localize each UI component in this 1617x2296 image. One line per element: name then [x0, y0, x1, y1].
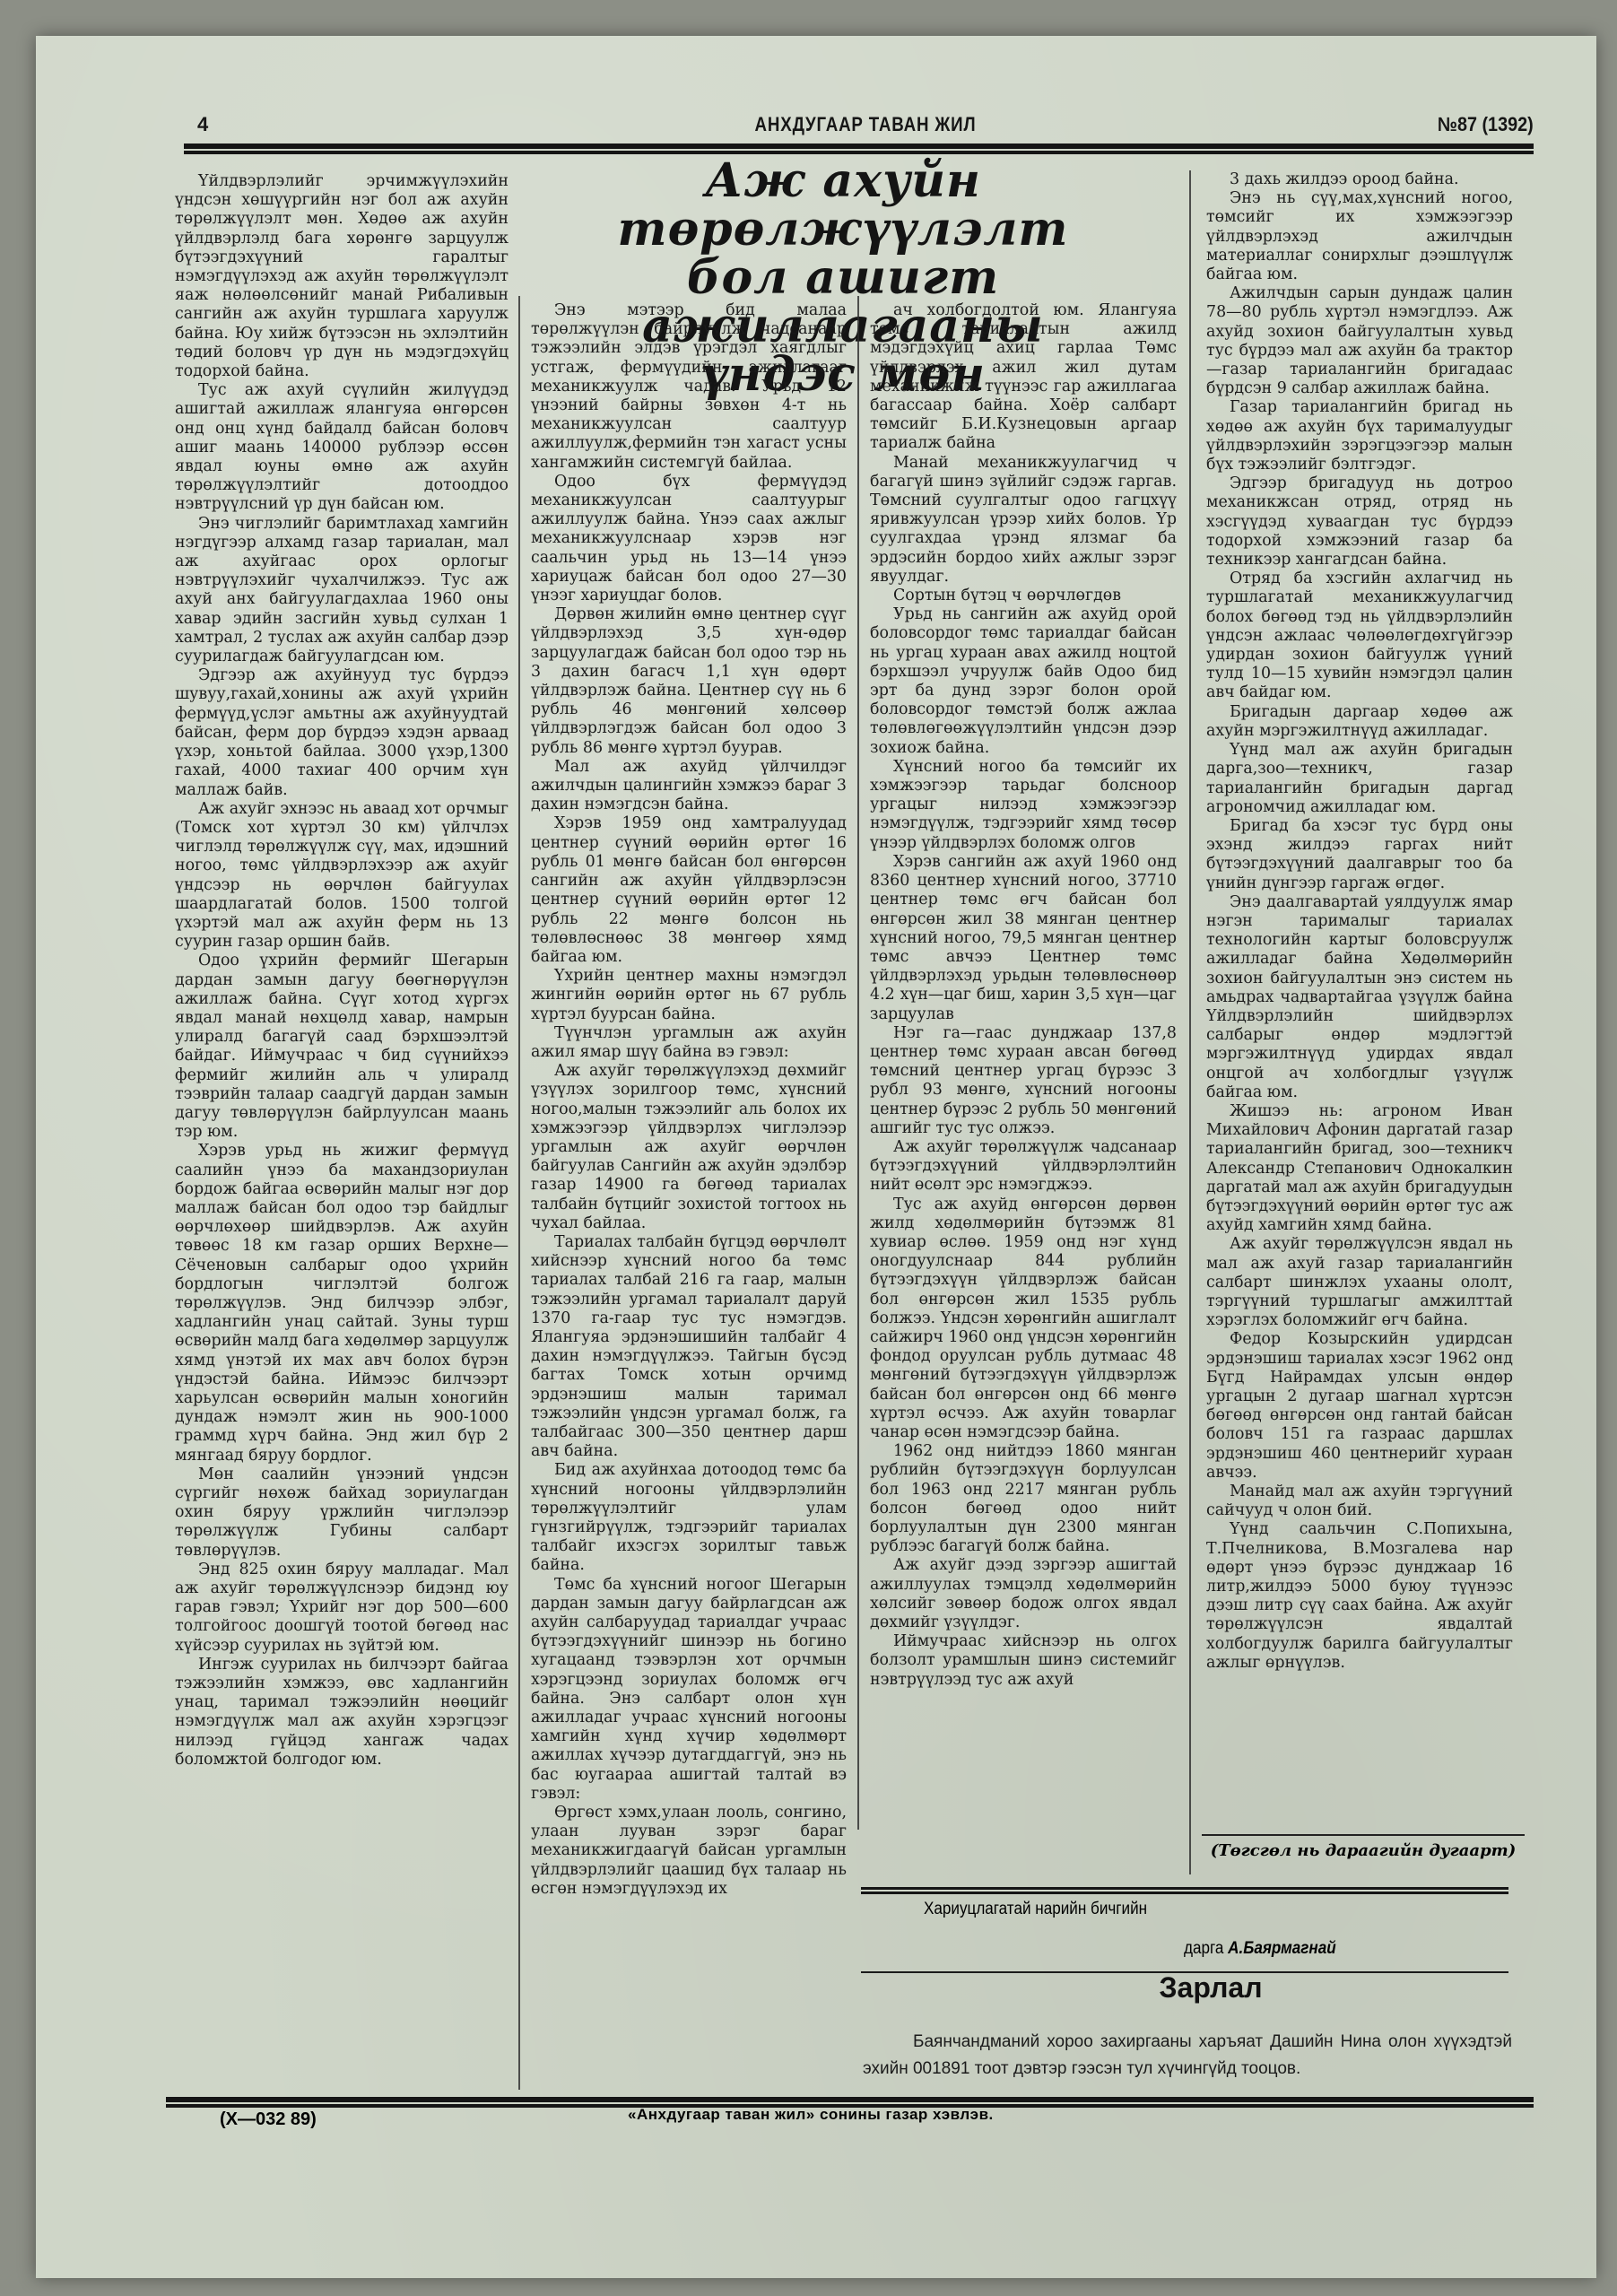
article-paragraph: Аж ахуйг төрөлжүүлсэн явдал нь мал аж ах…	[1206, 1235, 1513, 1330]
article-paragraph: Энэ даалгавартай уялдуулж ямар нэгэн тар…	[1206, 893, 1513, 1102]
editor-name: А.Баярмагнай	[1228, 1939, 1336, 1958]
article-paragraph: Үүнд саальчин С.Попихына, Т.Пчелникова, …	[1206, 1520, 1513, 1673]
article-paragraph: Манайд мал аж ахуйн тэргүүний сайчууд ч …	[1206, 1483, 1513, 1520]
article-paragraph: Төмс ба хүнсний ногоог Шегарын дардан за…	[531, 1576, 847, 1804]
headline-line-1: Аж ахуйн төрөлжүүлэлт	[520, 157, 1166, 254]
newspaper-title: АНХДУГААР ТАВАН ЖИЛ	[298, 113, 1434, 136]
article-paragraph: Мөн саалийн үнээний үндсэн сүргийг нөхөж…	[175, 1465, 509, 1561]
article-column-1: Үйлдвэрлэлийг эрчимжүүлэхийн үндсэн хөшү…	[175, 172, 509, 2092]
article-column-4: 3 дахь жилдээ ороод байна.Энэ нь сүү,мах…	[1206, 170, 1513, 1839]
column-divider	[1189, 170, 1191, 1874]
article-paragraph: Энэ нь сүү,мах,хүнсний ногоо, төмсийг их…	[1206, 189, 1513, 284]
article-paragraph: Үйлдвэрлэлийг эрчимжүүлэхийн үндсэн хөшү…	[175, 172, 509, 381]
article-paragraph: Тариалах талбайн бүгцэд өөрчлөлт хийснээ…	[531, 1233, 847, 1461]
announcement-text: Баянчандманий хороо захиргааны харъяат Д…	[863, 2029, 1512, 2083]
article-paragraph: Өргөст хэмх,улаан лооль, сонгино, улаан …	[531, 1804, 847, 1899]
article-paragraph: Одоо үхрийн фермийг Шегарын дардан замын…	[175, 952, 509, 1142]
announcement-title: Зарлал	[861, 1971, 1560, 2005]
article-paragraph: Отряд ба хэсгийн ахлагчид нь туршлагатай…	[1206, 570, 1513, 702]
article-paragraph: Аж ахуйг эхнээс нь аваад хот орчмыг (Том…	[175, 800, 509, 952]
article-paragraph: Хэрэв сангийн аж ахуй 1960 онд 8360 цент…	[870, 853, 1177, 1024]
article-paragraph: Аж ахуйг төрөлжүүлэхэд дөхмийг үзүүлэх з…	[531, 1062, 847, 1233]
article-paragraph: Урьд нь сангийн аж ахуйд орой боловсордо…	[870, 605, 1177, 758]
article-column-2: Энэ мэтээр бид малаа төрөлжүүлэн байрлуу…	[531, 301, 847, 2095]
article-paragraph: Үүнд мал аж ахуйн бригадын дарга,зоо—тех…	[1206, 741, 1513, 817]
article-paragraph: Энэ мэтээр бид малаа төрөлжүүлэн байрлуу…	[531, 301, 847, 473]
article-paragraph: Бид аж ахуйнхаа дотоодод төмс ба хүнсний…	[531, 1461, 847, 1575]
printer-line: «Анхдугаар таван жил» сонины газар хэвлэ…	[628, 2106, 994, 2124]
continuation-note: (Төгсгөл нь дараагийн дугаарт)	[1202, 1834, 1525, 1860]
article-paragraph: Федор Козырскийн удирдсан эрдэнэшиш тари…	[1206, 1330, 1513, 1483]
article-paragraph: Ингэж суурилах нь билчээрт байгаа тэжээл…	[175, 1656, 509, 1770]
footer-rule	[166, 2097, 1534, 2104]
article-paragraph: 3 дахь жилдээ ороод байна.	[1206, 170, 1513, 189]
article-paragraph: Аж ахуйг дээд зэргээр ашигтай ажиллуулах…	[870, 1556, 1177, 1632]
article-paragraph: Иймучраас хийснээр нь олгох болзолт урам…	[870, 1632, 1177, 1690]
article-paragraph: Хэрэв 1959 онд хамтралуудад центнер сүүн…	[531, 814, 847, 967]
article-paragraph: Хэрэв урьд нь жижиг фермүүд саалийн үнээ…	[175, 1142, 509, 1465]
section-rule	[861, 1887, 1508, 1892]
article-paragraph: Жишээ нь: агроном Иван Михайлович Афонин…	[1206, 1102, 1513, 1235]
article-paragraph: Бригадын даргаар хөдөө аж ахуйн мэргэжил…	[1206, 703, 1513, 741]
article-column-3: ач холбогдолтой юм. Ялангуяа төмс тариал…	[870, 301, 1177, 1826]
article-paragraph: Мал аж ахуйд үйлчилдэг ажилчдын цалингий…	[531, 758, 847, 815]
article-paragraph: Дөрвөн жилийн өмнө центнер сүүг үйлдвэрл…	[531, 605, 847, 758]
article-paragraph: Манай механикжуулагчид ч багагүй шинэ зү…	[870, 454, 1177, 587]
column-divider	[518, 296, 520, 2090]
article-paragraph: Газар тариалангийн бригад нь хөдөө аж ах…	[1206, 398, 1513, 474]
masthead-rule	[184, 143, 1534, 151]
article-paragraph: Үхрийн центнер махны нэмэгдэл жингийн өө…	[531, 967, 847, 1024]
article-paragraph: Одоо бүх фермүүдэд механикжуулсан саалту…	[531, 473, 847, 605]
article-paragraph: Тус аж ахуй сүүлийн жилүүдэд ашигтай ажи…	[175, 381, 509, 514]
column-divider	[857, 296, 859, 1830]
article-paragraph: Бригад ба хэсэг тус бүрд оны эхэнд жилдэ…	[1206, 817, 1513, 893]
article-paragraph: Эдгээр бригадууд нь дотроо механикжсан о…	[1206, 474, 1513, 570]
article-paragraph: Эдгээр аж ахуйнууд тус бүрдээ шувуу,гаха…	[175, 666, 509, 799]
article-paragraph: Ажилчдын сарын дундаж цалин 78—80 рубль …	[1206, 284, 1513, 398]
editor-credit-line-2: дарга А.Баярмагнай	[1184, 1939, 1336, 1959]
article-paragraph: Нэг га—гаас дунджаар 137,8 центнер төмс …	[870, 1024, 1177, 1138]
article-paragraph: Түүнчлэн ургамлын аж ахуйн ажил ямар шүү…	[531, 1024, 847, 1062]
article-paragraph: Хүнсний ногоо ба төмсийг их хэмжээгээр т…	[870, 758, 1177, 853]
footer-code: (Х—032 89)	[220, 2109, 317, 2130]
article-paragraph: Аж ахуйг төрөлжүүлж чадсанаар бүтээгдэхү…	[870, 1138, 1177, 1196]
page-number: 4	[197, 113, 208, 136]
editor-credit-line-1: Хариуцлагатай нарийн бичгийн	[924, 1900, 1147, 1919]
article-paragraph: ач холбогдолтой юм. Ялангуяа төмс тариал…	[870, 301, 1177, 454]
article-paragraph: Тус аж ахуйд өнгөрсөн дөрвөн жилд хөдөлм…	[870, 1196, 1177, 1443]
issue-number: №87 (1392)	[1438, 113, 1534, 136]
article-paragraph: 1962 онд нийтдээ 1860 мянган рублийн бүт…	[870, 1442, 1177, 1556]
masthead: 4 АНХДУГААР ТАВАН ЖИЛ №87 (1392)	[197, 113, 1534, 142]
article-paragraph: Энд 825 охин бяруу малладаг. Мал аж ахуй…	[175, 1561, 509, 1656]
article-paragraph: Энэ чиглэлийг баримтлахад хамгийн нэгдүг…	[175, 515, 509, 667]
article-paragraph: Сортын бүтэц ч өөрчлөгдөв	[870, 587, 1177, 605]
